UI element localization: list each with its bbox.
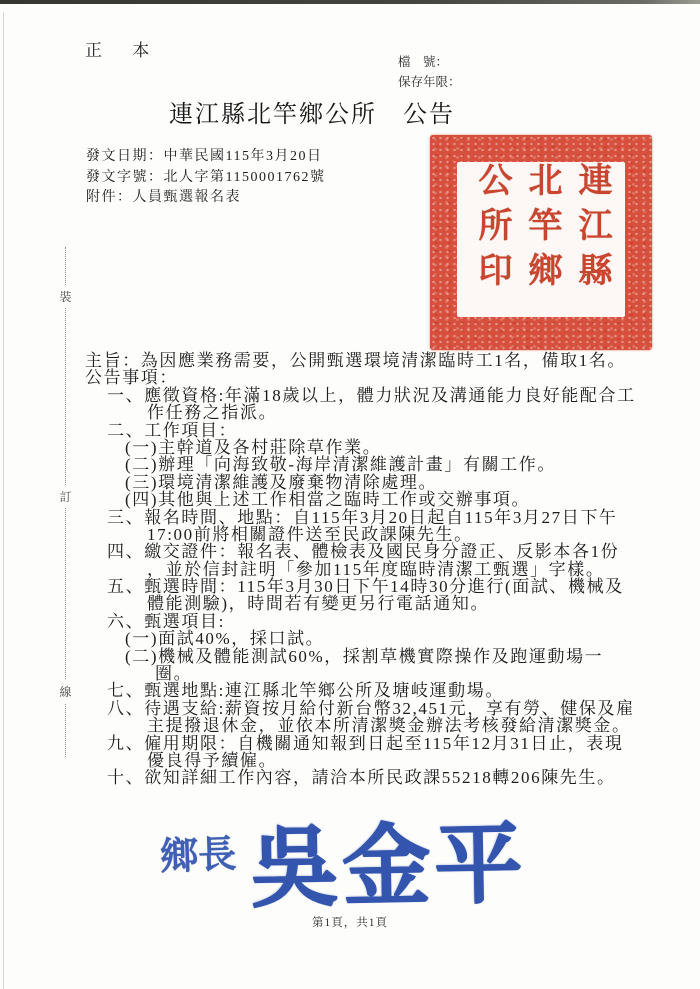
- announcement-body: 主旨：為因應業務需要，公開甄選環境清潔臨時工1名，備取1名。 公告事項： 一、應…: [0, 352, 700, 787]
- body-line-item2-sub2: (二)辦理「向海致敬-海岸清潔維護計畫」有關工作。: [0, 456, 700, 473]
- body-line-item3: 三、報名時間、地點：自115年3月20日起自115年3月27日下午: [0, 509, 700, 526]
- page-number-footer: 第1頁，共1頁: [0, 914, 700, 930]
- file-number-label: 檔 號：: [398, 52, 461, 72]
- body-line-item2: 二、工作項目：: [0, 422, 700, 439]
- body-line-item8-cont: 主提撥退休金，並依本所清潔獎金辦法考核發給清潔獎金。: [0, 717, 700, 734]
- body-line-item8: 八、待遇支給:薪資按月給付新台幣32,451元，享有勞、健保及雇: [0, 700, 700, 717]
- binding-mark-zhuang: 裝: [58, 285, 73, 308]
- body-line-item2-sub4: (四)其他與上述工作相當之臨時工作或交辦事項。: [0, 491, 700, 508]
- official-red-seal: 連江縣北竿鄉公所印: [430, 135, 652, 350]
- seal-inner-field: 連江縣北竿鄉公所印: [457, 162, 625, 317]
- body-line-item4: 四、繳交證件：報名表、體檢表及國民身分證正、反影本各1份: [0, 543, 700, 560]
- body-line-item7: 七、甄選地點:連江縣北竿鄉公所及塘岐運動場。: [0, 682, 700, 699]
- body-line-item2-sub3: (三)環境清潔維護及廢棄物清除處理。: [0, 474, 700, 491]
- body-line-subject: 主旨：為因應業務需要，公開甄選環境清潔臨時工1名，備取1名。: [0, 352, 700, 369]
- issue-date: 發文日期：中華民國115年3月20日: [86, 147, 325, 168]
- body-line-item1-cont: 作任務之指派。: [0, 404, 700, 421]
- body-line-item3-cont: 17:00前將相關證件送至民政課陳先生。: [0, 526, 700, 543]
- mayor-title-stamp: 鄉長: [159, 823, 237, 881]
- body-line-item5: 五、甄選時間：115年3月30日下午14時30分進行(面試、機械及: [0, 578, 700, 595]
- copy-type-label: 正 本: [85, 36, 162, 61]
- body-line-item9-cont: 優良得予續僱。: [0, 752, 700, 769]
- body-line-item6-sub1: (一)面試40%，採口試。: [0, 630, 700, 647]
- document-number: 發文字號：北人字第1150001762號: [86, 168, 325, 189]
- document-meta: 發文日期：中華民國115年3月20日 發文字號：北人字第1150001762號 …: [86, 147, 325, 209]
- body-line-item2-sub1: (一)主幹道及各村莊除草作業。: [0, 439, 700, 456]
- seal-text: 連江縣北竿鄉公所印: [466, 162, 616, 317]
- body-line-item6-sub2-cont: 圈。: [0, 665, 700, 682]
- body-line-item5-cont: 體能測驗)，時間若有變更另行電話通知。: [0, 595, 700, 612]
- page-title: 連江縣北竿鄉公所 公告: [0, 94, 624, 129]
- seal-column-middle: 北竿鄉: [523, 162, 560, 297]
- body-line-item9: 九、僱用期限：自機關通知報到日起至115年12月31日止，表現: [0, 735, 700, 752]
- attachment-label: 附件：人員甄選報名表: [86, 188, 325, 209]
- scanned-document-page: 正 本 檔 號： 保存年限： 連江縣北竿鄉公所 公告 發文日期：中華民國115年…: [0, 0, 700, 989]
- scan-edge-artifact-top: [0, 0, 700, 4]
- mayor-name-signature: 吳金平: [249, 794, 527, 925]
- body-line-item6: 六、甄選項目:: [0, 613, 700, 630]
- file-number-block: 檔 號： 保存年限：: [398, 52, 461, 92]
- body-line-item6-sub2: (二)機械及體能測試60%，採割草機實際操作及跑運動場一: [0, 648, 700, 665]
- body-line-items-header: 公告事項：: [0, 369, 700, 386]
- body-line-item10: 十、欲知詳細工作內容，請洽本所民政課55218轉206陳先生。: [0, 769, 700, 786]
- seal-column-right: 連江縣: [573, 162, 610, 297]
- retention-period-label: 保存年限：: [398, 72, 461, 92]
- body-line-item1: 一、應徵資格:年滿18歲以上，體力狀況及溝通能力良好能配合工: [0, 387, 700, 404]
- body-line-item4-cont: ，並於信封註明「參加115年度臨時清潔工甄選」字樣。: [0, 561, 700, 578]
- seal-column-left: 公所印: [473, 162, 510, 297]
